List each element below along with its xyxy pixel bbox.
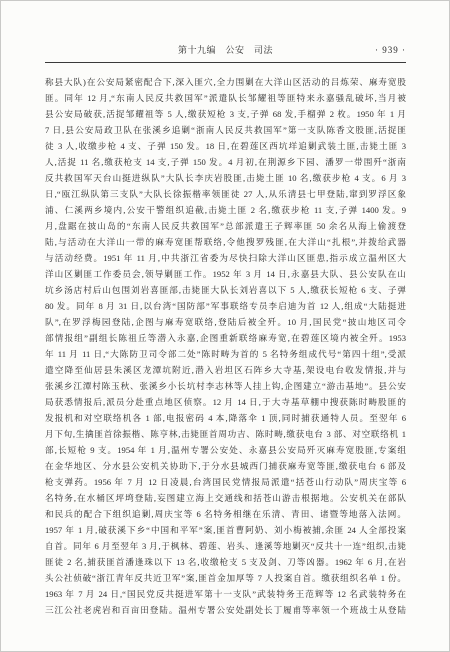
text-line: 部情报组”副组长陈祖丘等潜入永嘉,企图重新联络麻寿宽,在碧莲区境内被全歼。195…	[45, 330, 406, 346]
text-line: 浦、仁溪两乡境内,公安干警组织追截,击毙土匪 2 名,缴获步枪 11 支,子弹 …	[45, 202, 406, 218]
text-line: 匪。同年 12 月,“东南人民反共救国军”派遣队长邹耀祖等匪特来永嘉骚乱破坏,当…	[45, 90, 406, 106]
text-line: 匪徒 2 名,捕获匪首潘逢珠以下 13 名,收缴枪支 5 支及剑、刀等凶器。19…	[45, 554, 406, 570]
text-line: 与活动经费。1951 年 11 月,中共浙江省委为尽快扫除大洋山区匪患,指示成立…	[45, 250, 406, 266]
text-line: 1957 年 1 月,破获溪下乡“中国和平军”案,匪首曹阿奶、刘小梅被捕,余匪 …	[45, 522, 406, 538]
section-title: 第十九编 公安 司法	[45, 44, 406, 56]
text-line: 徒 3 人,收缴步枪 4 支、子弹 150 发。18 日,在碧莲区西坑垟追剿武装…	[45, 138, 406, 154]
text-line: 7 日,县公安局政卫队在张溪乡追剿“浙南人民反共救国军”第一支队陈香文股匪,活捉…	[45, 122, 406, 138]
text-line: 队”,在罗浮梅园登陆,企图与麻寿宽联络,登陆后被全歼。10 月,国民党“披山地区…	[45, 314, 406, 330]
text-line: 头公社侦破“浙江青年反共近卫军”案,匪首金加厚等 7 人投案自首。缴获组织名单 …	[45, 570, 406, 586]
text-line: 年 11 月 11 日,“大陈防卫司令部二处”陈时畴为首的 5 名特务组成代号“…	[45, 346, 406, 362]
scanned-book-page: 第十九编 公安 司法 · 939 · 称县大队)在公安局紧密配合下,深入匪穴,全…	[0, 0, 450, 652]
text-line: 月下旬,生擒匪首徐振楷、陈亨林,击毙匪首周功吉、陈时畴,缴获电台 3 部、对空联…	[45, 426, 406, 442]
page-number: · 939 ·	[375, 44, 406, 56]
body-text: 称县大队)在公安局紧密配合下,深入匪穴,全力围剿在大洋山区活动的吕炼荣、麻寿宽股…	[45, 74, 406, 618]
page-header: 第十九编 公安 司法 · 939 ·	[45, 44, 406, 58]
text-line: 枪支弹药。1956 年 7 月 12 日凌晨,台湾国民党情报局派遣“括苍山行动队…	[45, 474, 406, 490]
text-line: 反共救国军天台山挺进纵队”大队长李庆岩股匪,击毙土匪 10 名,缴获步枪 4 支…	[45, 170, 406, 186]
text-line: 发报机和对空联络机各 1 部,电报密码 4 本,降落伞 1 顶,同时捕获通特人员…	[45, 410, 406, 426]
text-line: 1963 年 7 月 24 日,“国民党反共挺进军第十一支队”武装特务王范辉等 …	[45, 586, 406, 602]
text-line: 张溪乡江潭村陈玉秋、张溪乡小长坑村李志林等人挂上钩,企图建立“游击基地”。县公安	[45, 378, 406, 394]
text-line: 人,活捉 11 名,缴获枪支 14 支,子弹 150 发。4 月初,在荆源乡下园…	[45, 154, 406, 170]
text-line: 名特务,在水桶区坪塆登陆,妄图建立海上交通线和括苍山游击根据地。公安机关在部队	[45, 490, 406, 506]
text-line: 局获悉情报后,派员分赴重点地区侦察。12 月 14 日,于大寺基草棚中搜获陈时畴…	[45, 394, 406, 410]
text-line: 和民兵的配合下组织追剿,周庆宝等 6 名特务相继在乐清、青田、诸暨等地落入法网。	[45, 506, 406, 522]
text-line: 80 发。同年 8 月 31 日,以台湾“国防部”军事联络专员李启迪为首 12 …	[45, 298, 406, 314]
text-line: 县公安局破获,活捉邹耀祖等 5 人,缴获短枪 3 支,子弹 68 发,手榴弹 2…	[45, 106, 406, 122]
text-line: 洋山区剿匪工作委员会,领导剿匪工作。1952 年 3 月 14 日,永嘉县大队、…	[45, 266, 406, 282]
text-line: 遣空降至仙居县朱溪区龙潭坑附近,潜入岩坦区石阵乡大寺基,架设电台收发情报,并与	[45, 362, 406, 378]
text-line: 自首。同年 6 月至翌年 3 月,于枫林、碧莲、岩头、逢溪等地剿灭“反共十一连”…	[45, 538, 406, 554]
text-line: 月,盘踞在披山岛的“东南人民反共救国军”总部派遣王子辉率匪 50 余名从海上偷渡…	[45, 218, 406, 234]
text-line: 部,长短枪 9 支。1954 年 1 月,温州专署公安处、永嘉县公安局歼灭麻寿宽…	[45, 442, 406, 458]
text-line: 在金华地区、分水县公安机关协助下,于分水县城西门捕获麻寿宽等匪,缴获电台 6 部…	[45, 458, 406, 474]
text-line: 坑乡汤店村后山包围刘岩喜匪部,击毙匪大队长刘岩喜以下 5 人,缴获长短枪 6 支…	[45, 282, 406, 298]
text-line: 三江公社老虎岩和百亩田登陆。温州专署公安处副处长丁履甫等率领一个班战士从登陆	[45, 602, 406, 618]
header-rule	[45, 62, 406, 63]
text-line: 称县大队)在公安局紧密配合下,深入匪穴,全力围剿在大洋山区活动的吕炼荣、麻寿宽股	[45, 74, 406, 90]
text-line: 日,“瓯江纵队第三支队”大队长徐振楷率领匪徒 27 人,从乐清县七甲登陆,窜到罗…	[45, 186, 406, 202]
text-line: 陆,与活动在大洋山一带的麻寿宽匪帮联络,令他搜罗残匪,在大洋山“扎根”,并拨给武…	[45, 234, 406, 250]
